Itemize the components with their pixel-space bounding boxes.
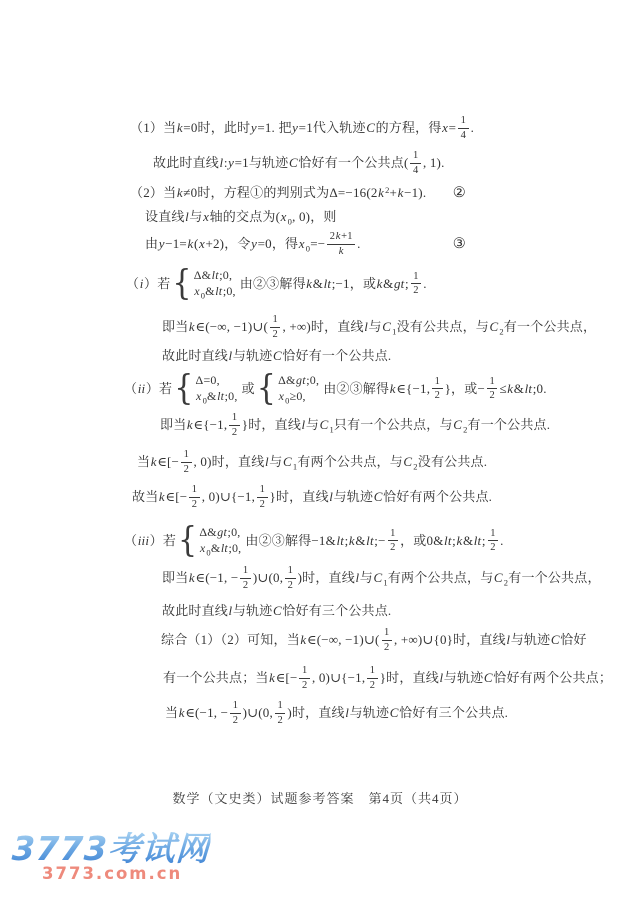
text-run: . [471, 120, 474, 136]
subscripted-variable: C2 [453, 417, 468, 433]
subscripted-variable: x0 [280, 209, 292, 225]
doc-line-1: （1）当k=0时，此时y=1. 把y=1代入轨迹C的方程，得x=14. [130, 114, 474, 142]
fraction: 12 [257, 483, 267, 511]
text-run: 综合（1）（2）可知，当k∈(−∞, −1)∪( [161, 632, 380, 648]
text-run: ≥0, [290, 389, 306, 404]
text-run: . [357, 236, 360, 252]
subscript: 2 [463, 425, 467, 436]
fraction: 12 [275, 699, 285, 727]
cases-row: Δ&gt;0, [278, 373, 319, 388]
text-run: }时，直线l与 [242, 417, 319, 433]
equation-number-badge: ② [453, 184, 466, 202]
fraction-denominator: 2 [270, 328, 280, 342]
subscript: 1 [293, 462, 297, 473]
subscript: 0 [285, 396, 289, 407]
text-run: 有一个公共点. [468, 417, 551, 433]
cases-brace-group: {Δ&lt;0,x0&lt;0, [172, 265, 235, 303]
text-run: , 0)∪{−1, [202, 489, 255, 505]
text-run: （ii）若 [124, 381, 172, 397]
text-run: , 0)，则 [292, 209, 337, 225]
subscripted-variable: C2 [493, 570, 508, 586]
cases-row: Δ&gt;0, [199, 525, 241, 540]
fraction-denominator: 2 [367, 679, 377, 693]
fraction-numerator: 1 [458, 114, 468, 129]
doc-line-11: 当k∈[−12, 0)时，直线l与C1有两个公共点，与C2没有公共点. [137, 448, 487, 476]
text-run: 设直线l与x轴的交点为( [145, 209, 280, 225]
cases-rows: Δ&gt;0,x0&lt;0, [199, 525, 241, 556]
fraction: 12 [432, 375, 442, 403]
doc-line-14: 即当k∈(−1, −12)∪(0, 12)时，直线l与C1有两个公共点，与C2有… [162, 564, 601, 592]
text-run: 有两个公共点，与 [297, 454, 403, 470]
text-run: }时，直线l与轨迹C恰好有两个公共点. [270, 489, 493, 505]
fraction-numerator: 1 [410, 149, 420, 164]
text-run: . [423, 276, 426, 292]
subscript: 2 [413, 462, 417, 473]
brace-icon: { [178, 519, 197, 562]
text-run: Δ&gt;0, [278, 373, 319, 388]
page-footer: 数学（文史类）试题参考答案 第4页（共4页） [0, 788, 640, 807]
fraction-denominator: 2 [388, 541, 398, 555]
fraction-numerator: 1 [181, 448, 191, 463]
subscript: 1 [329, 425, 333, 436]
fraction-denominator: 4 [410, 164, 420, 178]
fraction-numerator: 1 [487, 375, 497, 390]
fraction: 12 [299, 664, 309, 692]
subscripted-variable: C1 [319, 417, 334, 433]
subscript: 0 [206, 548, 210, 559]
text-run: )∪(0, [253, 570, 283, 586]
text-run: }时，直线l与轨迹C恰好有两个公共点； [380, 670, 612, 686]
fraction-numerator: 1 [285, 564, 295, 579]
fraction: 12 [240, 564, 250, 592]
cases-row: x0&lt;0, [194, 284, 236, 299]
fraction-denominator: 2 [432, 389, 442, 403]
text-run: 有一个公共点， [504, 319, 596, 335]
text-run: 没有公共点. [418, 454, 487, 470]
fraction: 12 [388, 527, 398, 555]
text-run: . [500, 533, 503, 549]
subscript: 2 [499, 327, 503, 338]
fraction-numerator: 1 [270, 313, 280, 328]
fraction-numerator: 1 [411, 270, 421, 285]
fraction: 12 [189, 483, 199, 511]
fraction: 12 [488, 527, 498, 555]
subscript: 0 [203, 396, 207, 407]
subscripted-variable: x0 [194, 284, 205, 299]
subscript: 0 [288, 217, 292, 228]
cases-row: x0≥0, [278, 389, 319, 404]
fraction-denominator: k [336, 245, 347, 259]
text-run: ≤k&lt;0. [499, 381, 546, 397]
scanned-answer-page: { "page": {"width": 640, "height": 905, … [0, 0, 640, 905]
watermark-url: 3773.com.cn [42, 865, 210, 883]
fraction-denominator: 2 [285, 579, 295, 593]
text-run: &lt;0, [211, 541, 242, 556]
text-run: =− [310, 236, 325, 252]
fraction-numerator: 1 [257, 483, 267, 498]
text-run: , 0)∪{−1, [312, 670, 365, 686]
fraction: 12 [285, 564, 295, 592]
doc-line-17: 有一个公共点；当k∈[−12, 0)∪{−1, 12}时，直线l与轨迹C恰好有两… [163, 664, 612, 692]
text-run: 故此时直线l与轨迹C恰好有三个公共点. [162, 603, 391, 619]
text-run: , +∞)∪{0}时，直线l与轨迹C恰好 [394, 632, 587, 648]
text-run: Δ&lt;0, [194, 268, 232, 283]
doc-line-8: 故此时直线l与轨迹C恰好有一个公共点. [162, 348, 391, 364]
cases-brace-group: {Δ=0,x0&lt;0, [174, 370, 237, 408]
fraction-numerator: 1 [275, 699, 285, 714]
text-run: }，或− [445, 381, 485, 397]
fraction-denominator: 2 [487, 389, 497, 403]
text-run: 由②③解得k&lt;−1，或k&gt; [240, 276, 409, 292]
cases-rows: Δ=0,x0&lt;0, [196, 373, 238, 404]
cases-row: Δ&lt;0, [194, 268, 236, 283]
brace-icon: { [174, 367, 193, 410]
text-run: 即当k∈{−1, [160, 417, 227, 433]
equation-number-badge: ③ [453, 235, 466, 253]
doc-line-18: 当k∈(−1, −12)∪(0, 12)时，直线l与轨迹C恰好有三个公共点. [165, 699, 508, 727]
fraction-denominator: 4 [458, 129, 468, 143]
subscripted-variable: x0 [278, 389, 289, 404]
text-run: 由y−1=k(x+2)，令y=0，得 [145, 236, 298, 252]
fraction-numerator: 1 [488, 527, 498, 542]
text-run: , 0)时，直线l与 [194, 454, 283, 470]
text-run: )∪(0, [243, 705, 273, 721]
text-run: ，或0&lt;k&lt; [400, 533, 486, 549]
cases-brace-group: {Δ&gt;0,x0≥0, [257, 370, 319, 408]
doc-line-4: 设直线l与x轴的交点为(x0, 0)，则 [145, 209, 337, 225]
text-run: （2）当k≠0时，方程①的判别式为Δ=−16(2 [130, 185, 378, 201]
text-run: 由②③解得k∈{−1, [323, 381, 430, 397]
fraction: 12 [229, 411, 239, 439]
text-run: （iii）若 [124, 533, 176, 549]
text-run: 故此时直线l:y=1与轨迹C恰好有一个公共点( [153, 155, 408, 171]
fraction: 14 [458, 114, 468, 142]
cases-row: Δ=0, [196, 373, 238, 388]
cases-rows: Δ&lt;0,x0&lt;0, [194, 268, 236, 299]
page-background: （1）当k=0时，此时y=1. 把y=1代入轨迹C的方程，得x=14.故此时直线… [0, 0, 640, 905]
cases-row: x0&lt;0, [199, 541, 241, 556]
fraction-denominator: 2 [181, 463, 191, 477]
subscripted-variable: x0 [196, 389, 207, 404]
cases-brace-group: {Δ&gt;0,x0&lt;0, [178, 522, 241, 560]
doc-line-7: 即当k∈(−∞, −1)∪(12, +∞)时，直线l与C1没有公共点，与C2有一… [162, 313, 596, 341]
superscript: 2 [385, 185, 389, 196]
fraction-numerator: 1 [382, 626, 392, 641]
subscripted-variable: C1 [282, 454, 297, 470]
fraction: 12 [367, 664, 377, 692]
text-run: 故此时直线l与轨迹C恰好有一个公共点. [162, 348, 391, 364]
text-run: （i）若 [126, 276, 170, 292]
watermark-site-name: 3773考试网 [11, 831, 211, 867]
subscript: 2 [504, 578, 508, 589]
fraction: 12 [270, 313, 280, 341]
fraction-denominator: 2 [257, 498, 267, 512]
text-run: 没有公共点，与 [397, 319, 489, 335]
fraction-denominator: 2 [230, 714, 240, 728]
fraction-denominator: 2 [382, 641, 392, 655]
doc-line-13: （iii）若{Δ&gt;0,x0&lt;0,由②③解得−1&lt;k&lt;−1… [124, 522, 504, 560]
fraction: 2k+1k [327, 230, 355, 258]
fraction-numerator: 1 [432, 375, 442, 390]
subscripted-variable: x0 [199, 541, 210, 556]
fraction: 12 [382, 626, 392, 654]
doc-line-5: 由y−1=k(x+2)，令y=0，得x0=−2k+1k.③ [145, 230, 466, 258]
text-run: &lt;0, [207, 389, 238, 404]
subscripted-variable: C1 [382, 319, 397, 335]
brace-icon: { [257, 367, 276, 410]
subscripted-variable: C2 [403, 454, 418, 470]
fraction-numerator: 1 [240, 564, 250, 579]
text-run: 当k∈[− [137, 454, 179, 470]
doc-line-12: 故当k∈[−12, 0)∪{−1, 12}时，直线l与轨迹C恰好有两个公共点. [132, 483, 492, 511]
text-run: &lt;0, [205, 284, 236, 299]
text-run: )时，直线l与 [298, 570, 373, 586]
text-run: 有两个公共点，与 [388, 570, 494, 586]
text-run: 只有一个公共点，与 [334, 417, 453, 433]
fraction: 12 [230, 699, 240, 727]
fraction-numerator: 1 [189, 483, 199, 498]
fraction-denominator: 2 [275, 714, 285, 728]
fraction-denominator: 2 [240, 579, 250, 593]
text-run: Δ&gt;0, [199, 525, 240, 540]
text-run: 当k∈(−1, − [165, 705, 228, 721]
brace-icon: { [172, 262, 191, 305]
fraction-denominator: 2 [488, 541, 498, 555]
fraction-denominator: 2 [229, 426, 239, 440]
fraction: 14 [410, 149, 420, 177]
doc-line-10: 即当k∈{−1, 12}时，直线l与C1只有一个公共点，与C2有一个公共点. [160, 411, 550, 439]
doc-line-3: （2）当k≠0时，方程①的判别式为Δ=−16(2k2+k−1).② [130, 185, 466, 201]
fraction-numerator: 1 [388, 527, 398, 542]
fraction-numerator: 1 [229, 411, 239, 426]
subscript: 1 [383, 578, 387, 589]
fraction-denominator: 2 [189, 498, 199, 512]
doc-line-9: （ii）若{Δ=0,x0&lt;0,或{Δ&gt;0,x0≥0,由②③解得k∈{… [124, 370, 547, 408]
subscripted-variable: C1 [373, 570, 388, 586]
subscripted-variable: C2 [489, 319, 504, 335]
fraction: 12 [411, 270, 421, 298]
superscripted-variable: k2 [378, 185, 390, 201]
doc-line-15: 故此时直线l与轨迹C恰好有三个公共点. [162, 603, 391, 619]
text-run: Δ=0, [196, 373, 220, 388]
text-run: 故当k∈[− [132, 489, 187, 505]
subscripted-variable: x0 [298, 236, 310, 252]
doc-line-16: 综合（1）（2）可知，当k∈(−∞, −1)∪(12, +∞)∪{0}时，直线l… [161, 626, 587, 654]
fraction: 12 [181, 448, 191, 476]
text-run: 即当k∈(−∞, −1)∪( [162, 319, 268, 335]
fraction-numerator: 1 [367, 664, 377, 679]
fraction-denominator: 2 [411, 284, 421, 298]
text-run: 由②③解得−1&lt;k&lt;− [245, 533, 385, 549]
text-run: 或 [242, 381, 255, 397]
fraction-numerator: 1 [299, 664, 309, 679]
cases-rows: Δ&gt;0,x0≥0, [278, 373, 319, 404]
doc-line-6: （i）若{Δ&lt;0,x0&lt;0,由②③解得k&lt;−1，或k&gt;1… [126, 265, 427, 303]
watermark-logo: 3773考试网 3773.com.cn [12, 831, 210, 883]
fraction: 12 [487, 375, 497, 403]
text-run: , 1). [423, 155, 445, 171]
subscript: 0 [201, 291, 205, 302]
text-run: 有一个公共点， [508, 570, 600, 586]
subscript: 0 [306, 244, 310, 255]
fraction-denominator: 2 [299, 679, 309, 693]
text-run: )时，直线l与轨迹C恰好有三个公共点. [287, 705, 508, 721]
doc-line-2: 故此时直线l:y=1与轨迹C恰好有一个公共点(14, 1). [153, 149, 445, 177]
fraction-numerator: 2k+1 [327, 230, 355, 245]
subscript: 1 [392, 327, 396, 338]
text-run: 有一个公共点；当k∈[− [163, 670, 297, 686]
text-run: （1）当k=0时，此时y=1. 把y=1代入轨迹C的方程，得x= [130, 120, 456, 136]
cases-row: x0&lt;0, [196, 389, 238, 404]
fraction-numerator: 1 [230, 699, 240, 714]
text-run: +k−1). [390, 185, 427, 201]
text-run: , +∞)时，直线l与 [282, 319, 381, 335]
text-run: 即当k∈(−1, − [162, 570, 238, 586]
